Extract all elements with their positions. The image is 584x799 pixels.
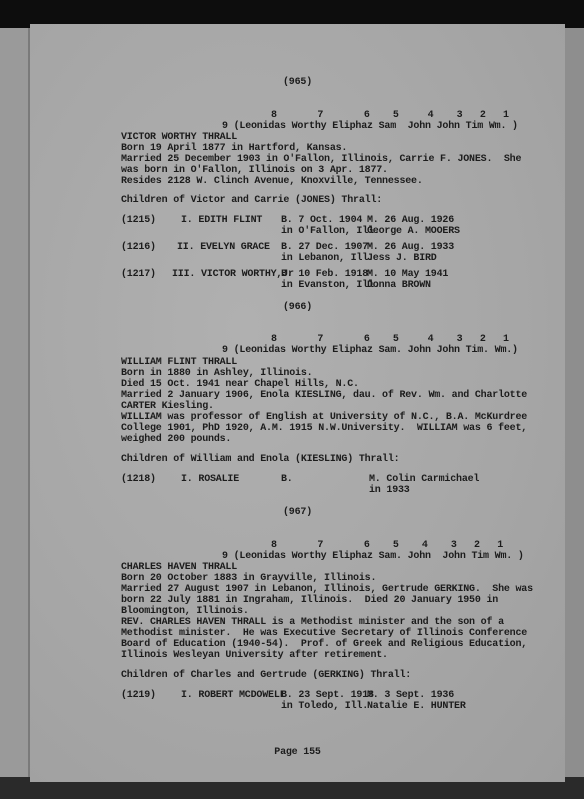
child-spouse: Natalie E. HUNTER bbox=[367, 701, 466, 712]
bio-line: Methodist minister. He was Executive Sec… bbox=[121, 628, 527, 639]
person-name: WILLIAM FLINT THRALL bbox=[121, 357, 237, 368]
child-married: M. Colin Carmichael bbox=[369, 474, 479, 485]
child-id: (1215) bbox=[121, 215, 156, 226]
person-name: VICTOR WORTHY THRALL bbox=[121, 132, 237, 143]
child-id: (1219) bbox=[121, 690, 156, 701]
child-name: I. EDITH FLINT bbox=[181, 215, 262, 226]
child-id: (1216) bbox=[121, 242, 156, 253]
child-spouse: Jess J. BIRD bbox=[367, 253, 437, 264]
child-born: B. 7 Oct. 1904 bbox=[281, 215, 362, 226]
bio-line: WILLIAM was professor of English at Univ… bbox=[121, 412, 527, 423]
person-name: CHARLES HAVEN THRALL bbox=[121, 562, 237, 573]
bio-line: Born in 1880 in Ashley, Illinois. bbox=[121, 368, 312, 379]
bio-line: Married 2 January 1906, Enola KIESLING, … bbox=[121, 390, 527, 401]
page-footer: Page 155 bbox=[30, 747, 565, 758]
left-page-edge bbox=[0, 28, 30, 780]
bio-line: Board of Education (1940-54). Prof. of G… bbox=[121, 639, 527, 650]
child-name: I. ROSALIE bbox=[181, 474, 239, 485]
ancestry-generation-numbers: 8 7 6 5 4 3 2 1 bbox=[271, 110, 509, 121]
child-married: M. 26 Aug. 1933 bbox=[367, 242, 454, 253]
child-id: (1218) bbox=[121, 474, 156, 485]
child-spouse: Donna BROWN bbox=[367, 280, 431, 291]
child-married: M. 3 Sept. 1936 bbox=[367, 690, 454, 701]
bio-line: Married 25 December 1903 in O'Fallon, Il… bbox=[121, 154, 521, 165]
entry-number: (965) bbox=[30, 77, 565, 88]
bio-line: Born 19 April 1877 in Hartford, Kansas. bbox=[121, 143, 347, 154]
child-born-place: in Lebanon, Ill. bbox=[281, 253, 374, 264]
child-name: II. EVELYN GRACE bbox=[177, 242, 270, 253]
child-spouse: George A. MOOERS bbox=[367, 226, 460, 237]
children-heading: Children of Victor and Carrie (JONES) Th… bbox=[121, 195, 382, 206]
bio-line: Resides 2128 W. Clinch Avenue, Knoxville… bbox=[121, 176, 423, 187]
child-born-place: in Evanston, Ill. bbox=[281, 280, 380, 291]
child-born-place: in O'Fallon, Ill. bbox=[281, 226, 380, 237]
child-born-place: in Toledo, Ill. bbox=[281, 701, 368, 712]
child-id: (1217) bbox=[121, 269, 156, 280]
child-married: M. 26 Aug. 1926 bbox=[367, 215, 454, 226]
bio-line: Died 15 Oct. 1941 near Chapel Hills, N.C… bbox=[121, 379, 359, 390]
child-born: B. 10 Feb. 1918 bbox=[281, 269, 368, 280]
child-born: B. 23 Sept. 1913 bbox=[281, 690, 374, 701]
ancestry-generation-numbers: 8 7 6 5 4 3 2 1 bbox=[271, 540, 503, 551]
ancestry-generation-numbers: 8 7 6 5 4 3 2 1 bbox=[271, 334, 509, 345]
right-page-edge bbox=[563, 28, 584, 780]
bio-line: Born 20 October 1883 in Grayville, Illin… bbox=[121, 573, 376, 584]
bio-line: was born in O'Fallon, Illinois on 3 Apr.… bbox=[121, 165, 388, 176]
child-married: M. 10 May 1941 bbox=[367, 269, 448, 280]
ancestry-names: 9 (Leonidas Worthy Eliphaz Sam. John Joh… bbox=[222, 551, 524, 562]
bio-line: weighed 200 pounds. bbox=[121, 434, 231, 445]
ancestry-names: 9 (Leonidas Worthy Eliphaz Sam John John… bbox=[222, 121, 518, 132]
bio-line: Illinois Wesleyan University after retir… bbox=[121, 650, 388, 661]
bio-line: born 22 July 1881 in Ingraham, Illinois.… bbox=[121, 595, 498, 606]
entry-number: (967) bbox=[30, 507, 565, 518]
children-heading: Children of Charles and Gertrude (GERKIN… bbox=[121, 670, 411, 681]
entry-number: (966) bbox=[30, 302, 565, 313]
child-spouse: in 1933 bbox=[369, 485, 410, 496]
bio-line: College 1901, PhD 1920, A.M. 1915 N.W.Un… bbox=[121, 423, 527, 434]
ancestry-names: 9 (Leonidas Worthy Eliphaz Sam. John Joh… bbox=[222, 345, 518, 356]
child-born: B. bbox=[281, 474, 293, 485]
bio-line: Married 27 August 1907 in Lebanon, Illin… bbox=[121, 584, 533, 595]
children-heading: Children of William and Enola (KIESLING)… bbox=[121, 454, 399, 465]
bio-line: REV. CHARLES HAVEN THRALL is a Methodist… bbox=[121, 617, 504, 628]
bio-line: Bloomington, Illinois. bbox=[121, 606, 249, 617]
document-page: (965) 8 7 6 5 4 3 2 1 9 (Leonidas Worthy… bbox=[30, 24, 565, 782]
child-name: I. ROBERT MCDOWELL bbox=[181, 690, 285, 701]
child-born: B. 27 Dec. 1907 bbox=[281, 242, 368, 253]
child-name: III. VICTOR WORTHY,Jr bbox=[172, 269, 294, 280]
bio-line: CARTER Kiesling. bbox=[121, 401, 214, 412]
